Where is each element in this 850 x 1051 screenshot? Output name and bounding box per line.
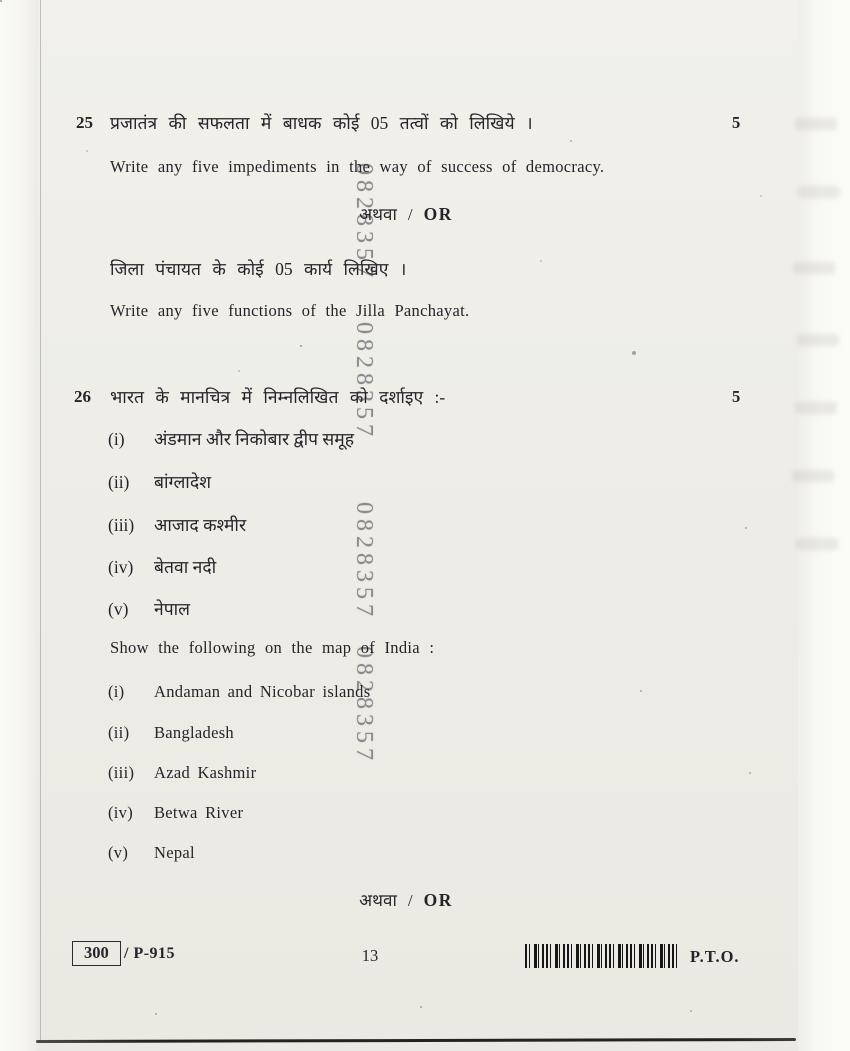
left-crease-line [40, 0, 41, 1043]
item-text: आजाद कश्मीर [154, 515, 246, 535]
barcode-icon [525, 944, 677, 968]
item-label: (ii) [108, 472, 154, 493]
q26-english-item-5: (v)Nepal [108, 843, 195, 863]
or-separator: / [408, 891, 413, 910]
q26-text-hindi: भारत के मानचित्र में निम्नलिखित को दर्शा… [110, 385, 445, 409]
item-text: नेपाल [154, 599, 190, 619]
item-text: Andaman and Nicobar islands [154, 682, 370, 701]
item-label: (iv) [108, 803, 154, 823]
scan-speckles [0, 0, 2, 2]
serial-watermark: 0828357 [342, 322, 376, 441]
or-divider-1: अथवा/OR [0, 202, 812, 225]
ink-bleed-mark [797, 334, 839, 346]
or-divider-2: अथवा/OR [0, 888, 812, 911]
page-bottom-edge-line [36, 1038, 796, 1043]
q26-hindi-item-4: (iv)बेतवा नदी [108, 555, 216, 579]
serial-watermark: 0828357 [342, 646, 376, 765]
scanned-exam-page: 0828357 0828357 0828357 0828357 25 प्रजा… [0, 0, 850, 1051]
q26-hindi-item-1: (i)अंडमान और निकोबार द्वीप समूह [108, 427, 354, 451]
item-label: (ii) [108, 723, 154, 743]
q25-alt-text-hindi: जिला पंचायत के कोई 05 कार्य लिखिए । [110, 257, 406, 281]
ink-bleed-mark [795, 402, 837, 414]
or-label-hindi: अथवा [359, 205, 397, 224]
q26-english-item-2: (ii)Bangladesh [108, 723, 234, 743]
q26-marks: 5 [732, 387, 740, 407]
item-label: (i) [108, 682, 154, 702]
item-label: (i) [108, 429, 154, 450]
or-separator: / [408, 205, 413, 224]
item-text: Azad Kashmir [154, 763, 256, 782]
serial-watermark: 0828357 [342, 502, 376, 621]
item-text: बांग्लादेश [154, 472, 211, 492]
item-label: (iii) [108, 515, 154, 536]
item-text: Bangladesh [154, 723, 234, 742]
or-label-english: OR [424, 890, 453, 910]
item-label: (v) [108, 599, 154, 620]
item-label: (v) [108, 843, 154, 863]
item-text: Betwa River [154, 803, 243, 822]
q25-number: 25 [76, 113, 93, 133]
ink-bleed-mark [792, 470, 834, 482]
item-label: (iii) [108, 763, 154, 783]
pto-label: P.T.O. [690, 947, 740, 967]
item-text: बेतवा नदी [154, 557, 216, 577]
q25-text-english: Write any five impediments in the way of… [110, 157, 604, 177]
ink-bleed-mark [796, 538, 838, 550]
paper-code: / P-915 [124, 945, 175, 963]
q26-number: 26 [74, 387, 91, 407]
q26-hindi-item-5: (v)नेपाल [108, 597, 190, 621]
item-text: Nepal [154, 843, 195, 862]
or-label-english: OR [424, 204, 453, 224]
ink-bleed-mark [795, 118, 837, 130]
ink-bleed-mark [798, 186, 840, 198]
q25-marks: 5 [732, 113, 740, 133]
q26-intro-english: Show the following on the map of India : [110, 638, 434, 658]
q25-alt-text-english: Write any five functions of the Jilla Pa… [110, 301, 469, 321]
q25-text-hindi: प्रजातंत्र की सफलता में बाधक कोई 05 तत्व… [110, 111, 533, 135]
q26-hindi-item-2: (ii)बांग्लादेश [108, 470, 211, 494]
item-label: (iv) [108, 557, 154, 578]
q26-hindi-item-3: (iii)आजाद कश्मीर [108, 513, 246, 537]
q26-english-item-4: (iv)Betwa River [108, 803, 243, 823]
or-label-hindi: अथवा [359, 891, 397, 910]
page-number: 13 [340, 946, 400, 966]
copies-count-box: 300 [72, 941, 121, 966]
item-text: अंडमान और निकोबार द्वीप समूह [154, 429, 354, 449]
q26-english-item-3: (iii)Azad Kashmir [108, 763, 256, 783]
q26-english-item-1: (i)Andaman and Nicobar islands [108, 682, 370, 702]
ink-bleed-mark [793, 262, 835, 274]
